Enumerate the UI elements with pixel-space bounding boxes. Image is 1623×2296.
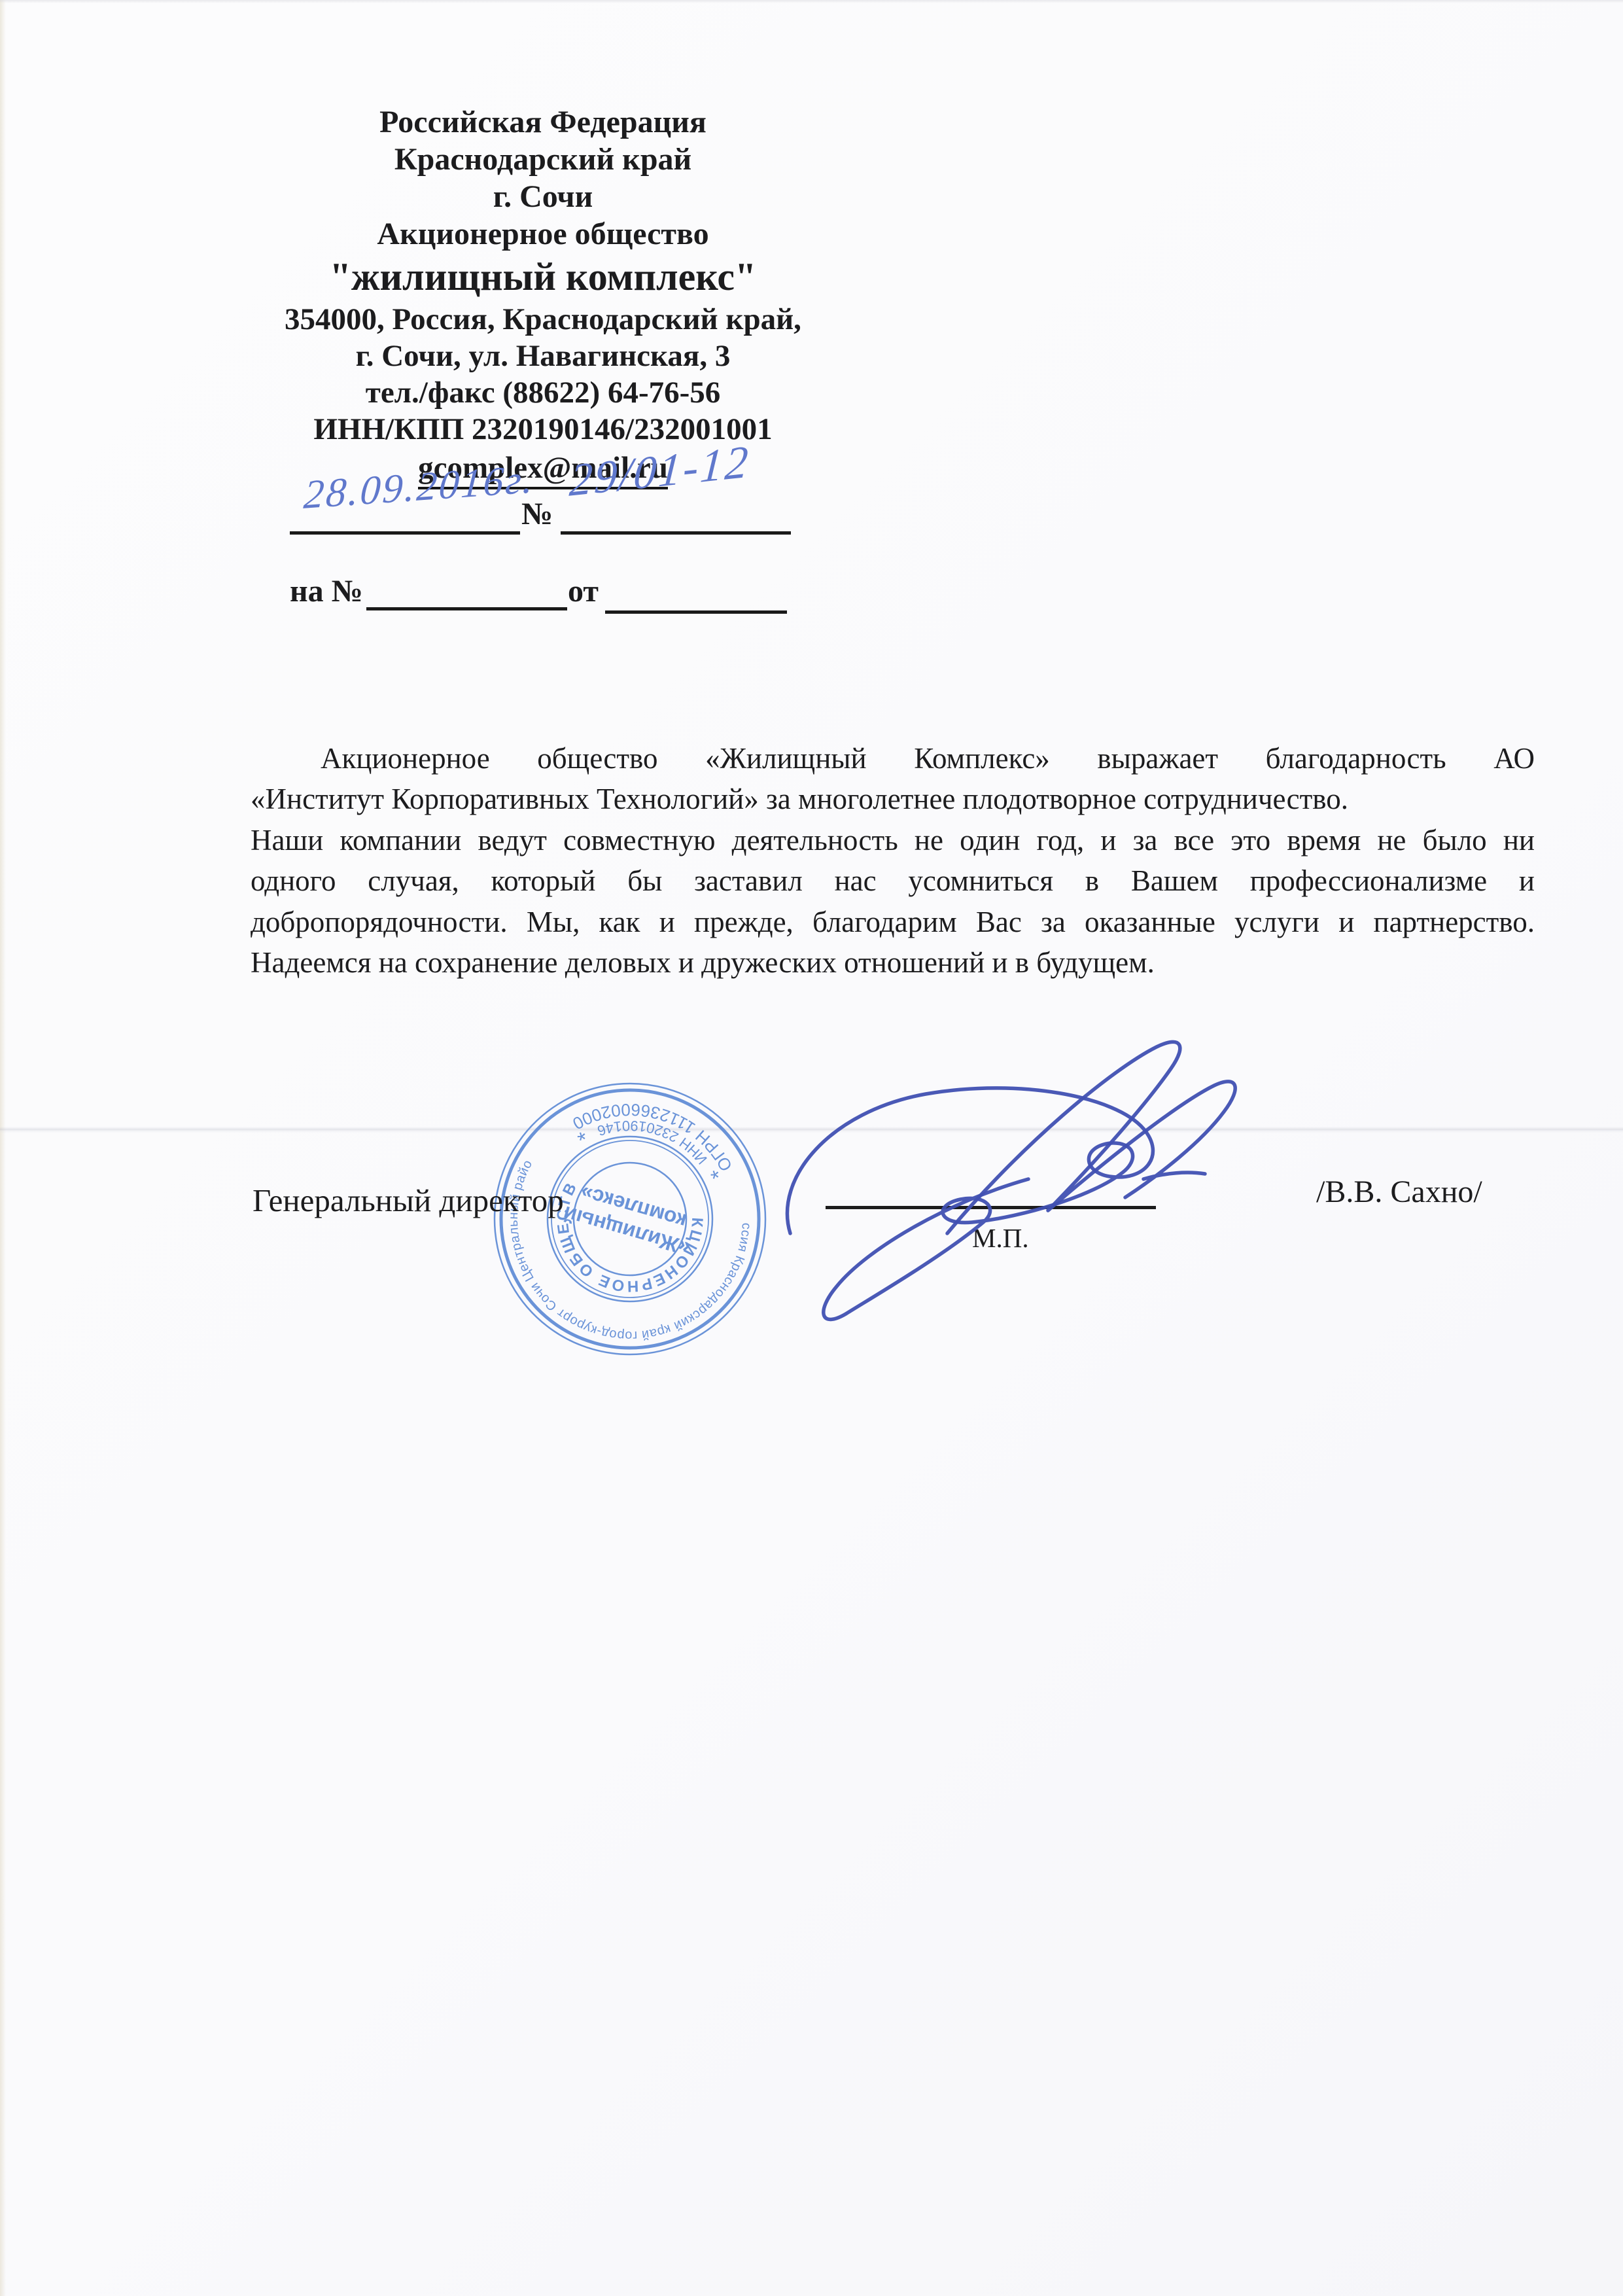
number-blank-line [561, 531, 791, 535]
letter-body: Акционерное общество «Жилищный Комплекс»… [251, 738, 1535, 983]
letterhead-address-1: 354000, Россия, Краснодарский край, [275, 301, 811, 338]
body-line: добропорядочности. Мы, как и прежде, бла… [251, 902, 1535, 942]
body-line: Надеемся на сохранение деловых и дружеск… [251, 942, 1535, 983]
reply-to-label: на № [290, 573, 363, 609]
signer-name: /В.В. Сахно/ [1316, 1174, 1482, 1210]
number-sign-label: № [521, 496, 553, 532]
date-blank-line [290, 531, 520, 535]
signature-stroke-oval [787, 1088, 1153, 1320]
body-line: одного случая, который бы заставил нас у… [251, 860, 1535, 901]
reply-number-blank-line [366, 607, 567, 610]
body-line: Наши компании ведут совместную деятельно… [251, 820, 1535, 860]
scan-left-edge [0, 0, 6, 2296]
letterhead-phone: тел./факс (88622) 64-76-56 [275, 374, 811, 411]
reply-date-blank-line [605, 610, 787, 614]
scan-top-edge [0, 0, 1623, 3]
letterhead-address-2: г. Сочи, ул. Навагинская, 3 [275, 338, 811, 374]
director-signature [654, 1008, 1276, 1354]
reply-from-label: от [568, 573, 599, 609]
letterhead-org-type: Акционерное общество [275, 215, 811, 253]
scanned-letter-page: Российская Федерация Краснодарский край … [0, 0, 1623, 2296]
signer-position-title: Генеральный директор [253, 1182, 564, 1219]
letterhead-company-name: "жилищный комплекс" [275, 253, 811, 301]
letterhead-region: Краснодарский край [275, 141, 811, 178]
letterhead-city: г. Сочи [275, 178, 811, 215]
letterhead: Российская Федерация Краснодарский край … [275, 103, 811, 489]
letterhead-country: Российская Федерация [275, 103, 811, 141]
signature-stroke-loops [947, 1042, 1235, 1233]
body-line: «Институт Корпоративных Технологий» за м… [251, 779, 1535, 819]
body-line: Акционерное общество «Жилищный Комплекс»… [251, 738, 1535, 779]
